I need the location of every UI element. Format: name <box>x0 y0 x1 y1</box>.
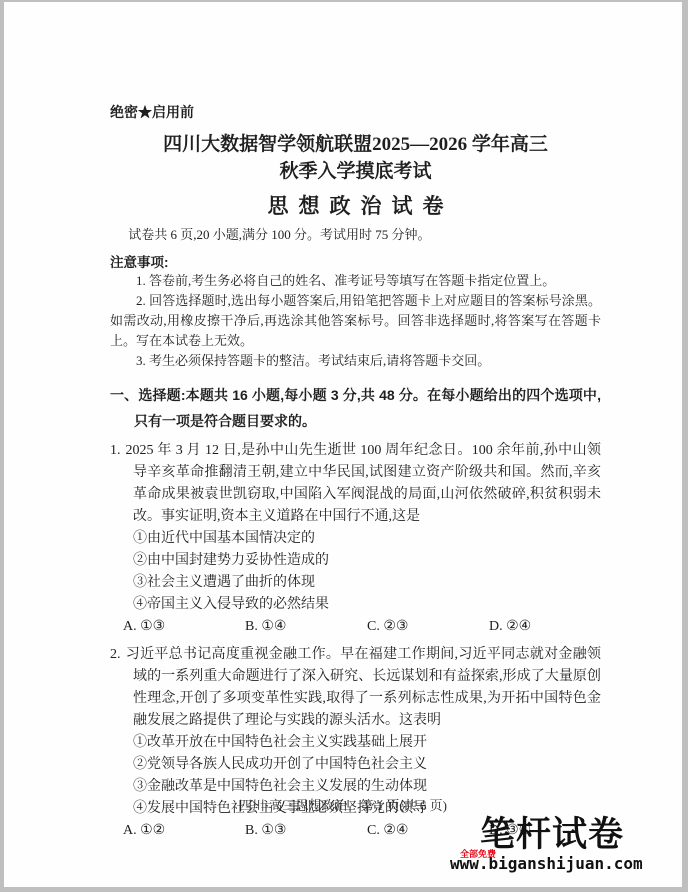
notice-item: 1. 答卷前,考生务必将自己的姓名、准考证号等填写在答题卡指定位置上。 <box>110 271 601 291</box>
question-statement: ④帝国主义入侵导致的必然结果 <box>110 594 601 616</box>
question-number: 1. <box>110 443 121 458</box>
watermark: 笔杆试卷 全部免费 www.biganshijuan.com <box>450 816 642 874</box>
question-statement: ①由近代中国基本国情决定的 <box>110 528 601 550</box>
answer-option: D. ②④ <box>489 616 531 638</box>
answer-option: B. ①③ <box>245 820 367 842</box>
question-text: 2.习近平总书记高度重视金融工作。早在福建工作期间,习近平同志就对金融领域的一系… <box>110 644 601 732</box>
question-statement: ②由中国封建势力妥协性造成的 <box>110 550 601 572</box>
subject-title: 思想政治试卷 <box>110 190 601 220</box>
question-statement: ②党领导各族人民成功开创了中国特色社会主义 <box>110 754 601 776</box>
question-number: 2. <box>110 647 121 662</box>
exam-title: 四川大数据智学领航联盟2025—2026 学年高三 秋季入学摸底考试 <box>110 131 601 185</box>
page-footer: 四川·高三思想政治 第 1 页(共 6 页) <box>4 795 682 814</box>
exam-title-line1: 四川大数据智学领航联盟2025—2026 学年高三 <box>163 134 548 155</box>
notice-item: 2. 回答选择题时,选出每小题答案后,用铅笔把答题卡上对应题目的答案标号涂黑。如… <box>110 291 601 351</box>
watermark-free-badge: 全部免费 <box>460 847 496 860</box>
question-body: 2025 年 3 月 12 日,是孙中山先生逝世 100 周年纪念日。100 余… <box>126 443 602 524</box>
paper-meta: 试卷共 6 页,20 小题,满分 100 分。考试用时 75 分钟。 <box>110 224 601 243</box>
section-heading: 一、选择题:本题共 16 小题,每小题 3 分,共 48 分。在每小题给出的四个… <box>110 382 601 434</box>
question-block: 1.2025 年 3 月 12 日,是孙中山先生逝世 100 周年纪念日。100… <box>110 440 601 638</box>
exam-title-line2: 秋季入学摸底考试 <box>279 161 431 182</box>
answer-row: A. ①③ B. ①④ C. ②③ D. ②④ <box>110 616 601 638</box>
question-statement: ①改革开放在中国特色社会主义实践基础上展开 <box>110 732 601 754</box>
notice-item: 3. 考生必须保持答题卡的整洁。考试结束后,请将答题卡交回。 <box>110 351 601 371</box>
answer-option: B. ①④ <box>245 616 367 638</box>
secrecy-label: 绝密★启用前 <box>110 102 601 122</box>
question-body: 习近平总书记高度重视金融工作。早在福建工作期间,习近平同志就对金融领域的一系列重… <box>126 647 602 728</box>
notice-heading: 注意事项: <box>110 251 601 271</box>
question-statement: ③社会主义遭遇了曲折的体现 <box>110 572 601 594</box>
answer-option: A. ①② <box>123 820 245 842</box>
answer-option: C. ②③ <box>367 616 489 638</box>
page-content: 绝密★启用前 四川大数据智学领航联盟2025—2026 学年高三 秋季入学摸底考… <box>110 2 601 842</box>
question-text: 1.2025 年 3 月 12 日,是孙中山先生逝世 100 周年纪念日。100… <box>110 440 601 528</box>
exam-page: 绝密★启用前 四川大数据智学领航联盟2025—2026 学年高三 秋季入学摸底考… <box>4 2 682 887</box>
answer-option: A. ①③ <box>123 616 245 638</box>
